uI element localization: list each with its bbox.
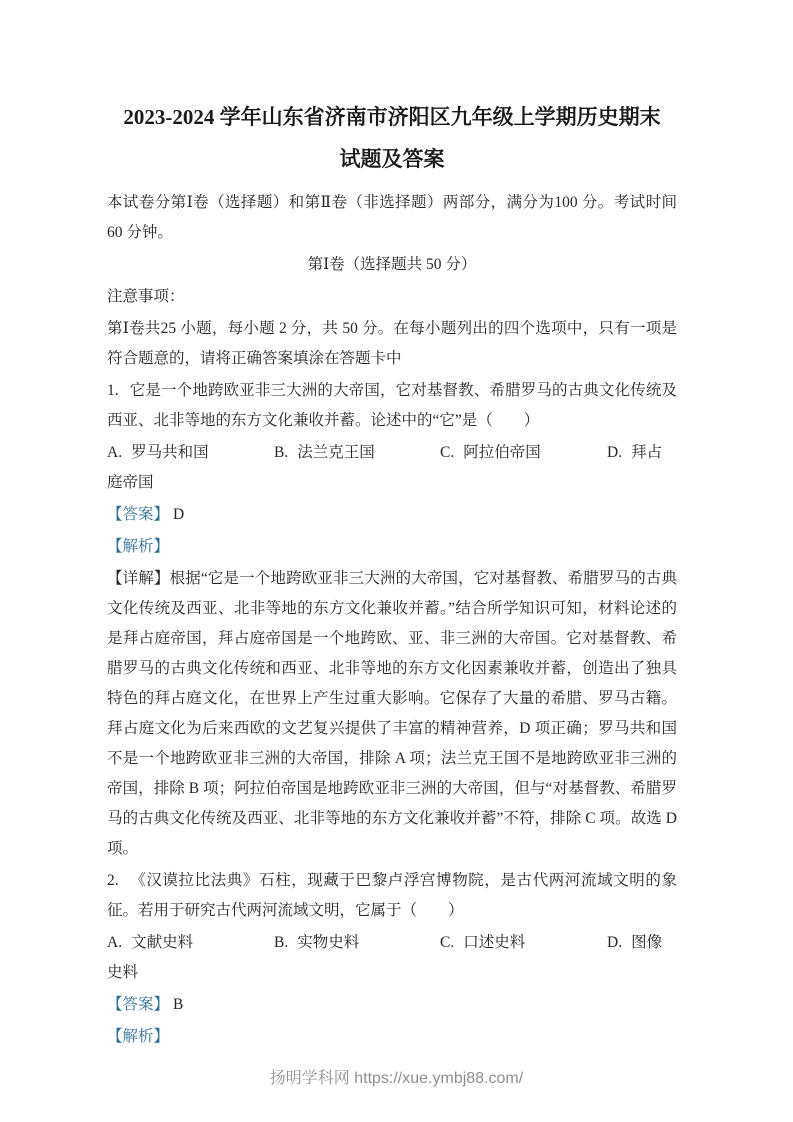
analysis-tag: 【解析】	[107, 1028, 169, 1045]
question-2-number: 2.	[107, 872, 119, 889]
question-1-detail: 【详解】根据“它是一个地跨欧亚非三大洲的大帝国，它对基督教、希腊罗马的古典文化传…	[107, 564, 677, 864]
option-b-text: 法兰克王国	[297, 444, 375, 461]
question-2-answer-line: 【答案】B	[107, 990, 677, 1020]
question-2-option-c: C.口述史料	[440, 928, 607, 958]
option-c-text: 口述史料	[463, 934, 525, 951]
answer-value: D	[173, 506, 184, 523]
question-1-option-c: C.阿拉伯帝国	[440, 438, 607, 468]
question-1-answer-line: 【答案】D	[107, 500, 677, 530]
option-a-label: A.	[107, 444, 122, 461]
notice-text: 第Ⅰ卷共25 小题，每小题 2 分，共 50 分。在每小题列出的四个选项中，只有…	[107, 314, 677, 374]
question-2-option-a: A.文献史料	[107, 928, 274, 958]
question-2-options: A.文献史料B.实物史料C.口述史料D.图像史料	[107, 928, 677, 988]
question-2-text: 《汉谟拉比法典》石柱，现藏于巴黎卢浮宫博物院，是古代两河流域文明的象征。若用于研…	[107, 872, 677, 919]
option-b-label: B.	[274, 934, 288, 951]
answer-tag: 【答案】	[107, 506, 169, 523]
title-line-2: 试题及答案	[107, 138, 677, 180]
detail-tag: 【详解】	[107, 570, 170, 587]
option-d-label: D.	[607, 444, 622, 461]
exam-page: 2023-2024 学年山东省济南市济阳区九年级上学期历史期末 试题及答案 本试…	[0, 0, 793, 1122]
notice-label: 注意事项：	[107, 282, 677, 312]
option-c-label: C.	[440, 934, 454, 951]
answer-value: B	[173, 996, 183, 1013]
option-b-text: 实物史料	[297, 934, 359, 951]
question-2-option-b: B.实物史料	[274, 928, 440, 958]
section-heading: 第Ⅰ卷（选择题共 50 分）	[107, 250, 677, 280]
option-c-text: 阿拉伯帝国	[463, 444, 541, 461]
question-1-option-b: B.法兰克王国	[274, 438, 440, 468]
title-line-1: 2023-2024 学年山东省济南市济阳区九年级上学期历史期末	[107, 96, 677, 138]
question-1-stem: 1.它是一个地跨欧亚非三大洲的大帝国，它对基督教、希腊罗马的古典文化传统及西亚、…	[107, 376, 677, 436]
footer-watermark-text: 扬明学科网 https://xue.ymbj88.com/	[270, 1070, 523, 1087]
intro-paragraph: 本试卷分第Ⅰ卷（选择题）和第Ⅱ卷（非选择题）两部分，满分为100 分。考试时间 …	[107, 188, 677, 248]
question-1-number: 1.	[107, 382, 119, 399]
footer: 扬明学科网 https://xue.ymbj88.com/	[0, 1068, 793, 1090]
question-2-stem: 2.《汉谟拉比法典》石柱，现藏于巴黎卢浮宫博物院，是古代两河流域文明的象征。若用…	[107, 866, 677, 926]
question-1-text: 它是一个地跨欧亚非三大洲的大帝国，它对基督教、希腊罗马的古典文化传统及西亚、北非…	[107, 382, 677, 429]
detail-text: 根据“它是一个地跨欧亚非三大洲的大帝国，它对基督教、希腊罗马的古典文化传统及西亚…	[107, 570, 677, 857]
option-a-label: A.	[107, 934, 122, 951]
analysis-tag: 【解析】	[107, 538, 169, 555]
option-a-text: 罗马共和国	[131, 444, 209, 461]
question-1-option-a: A.罗马共和国	[107, 438, 274, 468]
option-c-label: C.	[440, 444, 454, 461]
question-2-analysis-line: 【解析】	[107, 1022, 677, 1052]
answer-tag: 【答案】	[107, 996, 169, 1013]
page-content: 2023-2024 学年山东省济南市济阳区九年级上学期历史期末 试题及答案 本试…	[107, 96, 677, 1054]
option-a-text: 文献史料	[131, 934, 193, 951]
option-b-label: B.	[274, 444, 288, 461]
question-1-options: A.罗马共和国B.法兰克王国C.阿拉伯帝国D.拜占庭帝国	[107, 438, 677, 498]
document-title: 2023-2024 学年山东省济南市济阳区九年级上学期历史期末 试题及答案	[107, 96, 677, 180]
question-1-analysis-line: 【解析】	[107, 532, 677, 562]
option-d-label: D.	[607, 934, 622, 951]
